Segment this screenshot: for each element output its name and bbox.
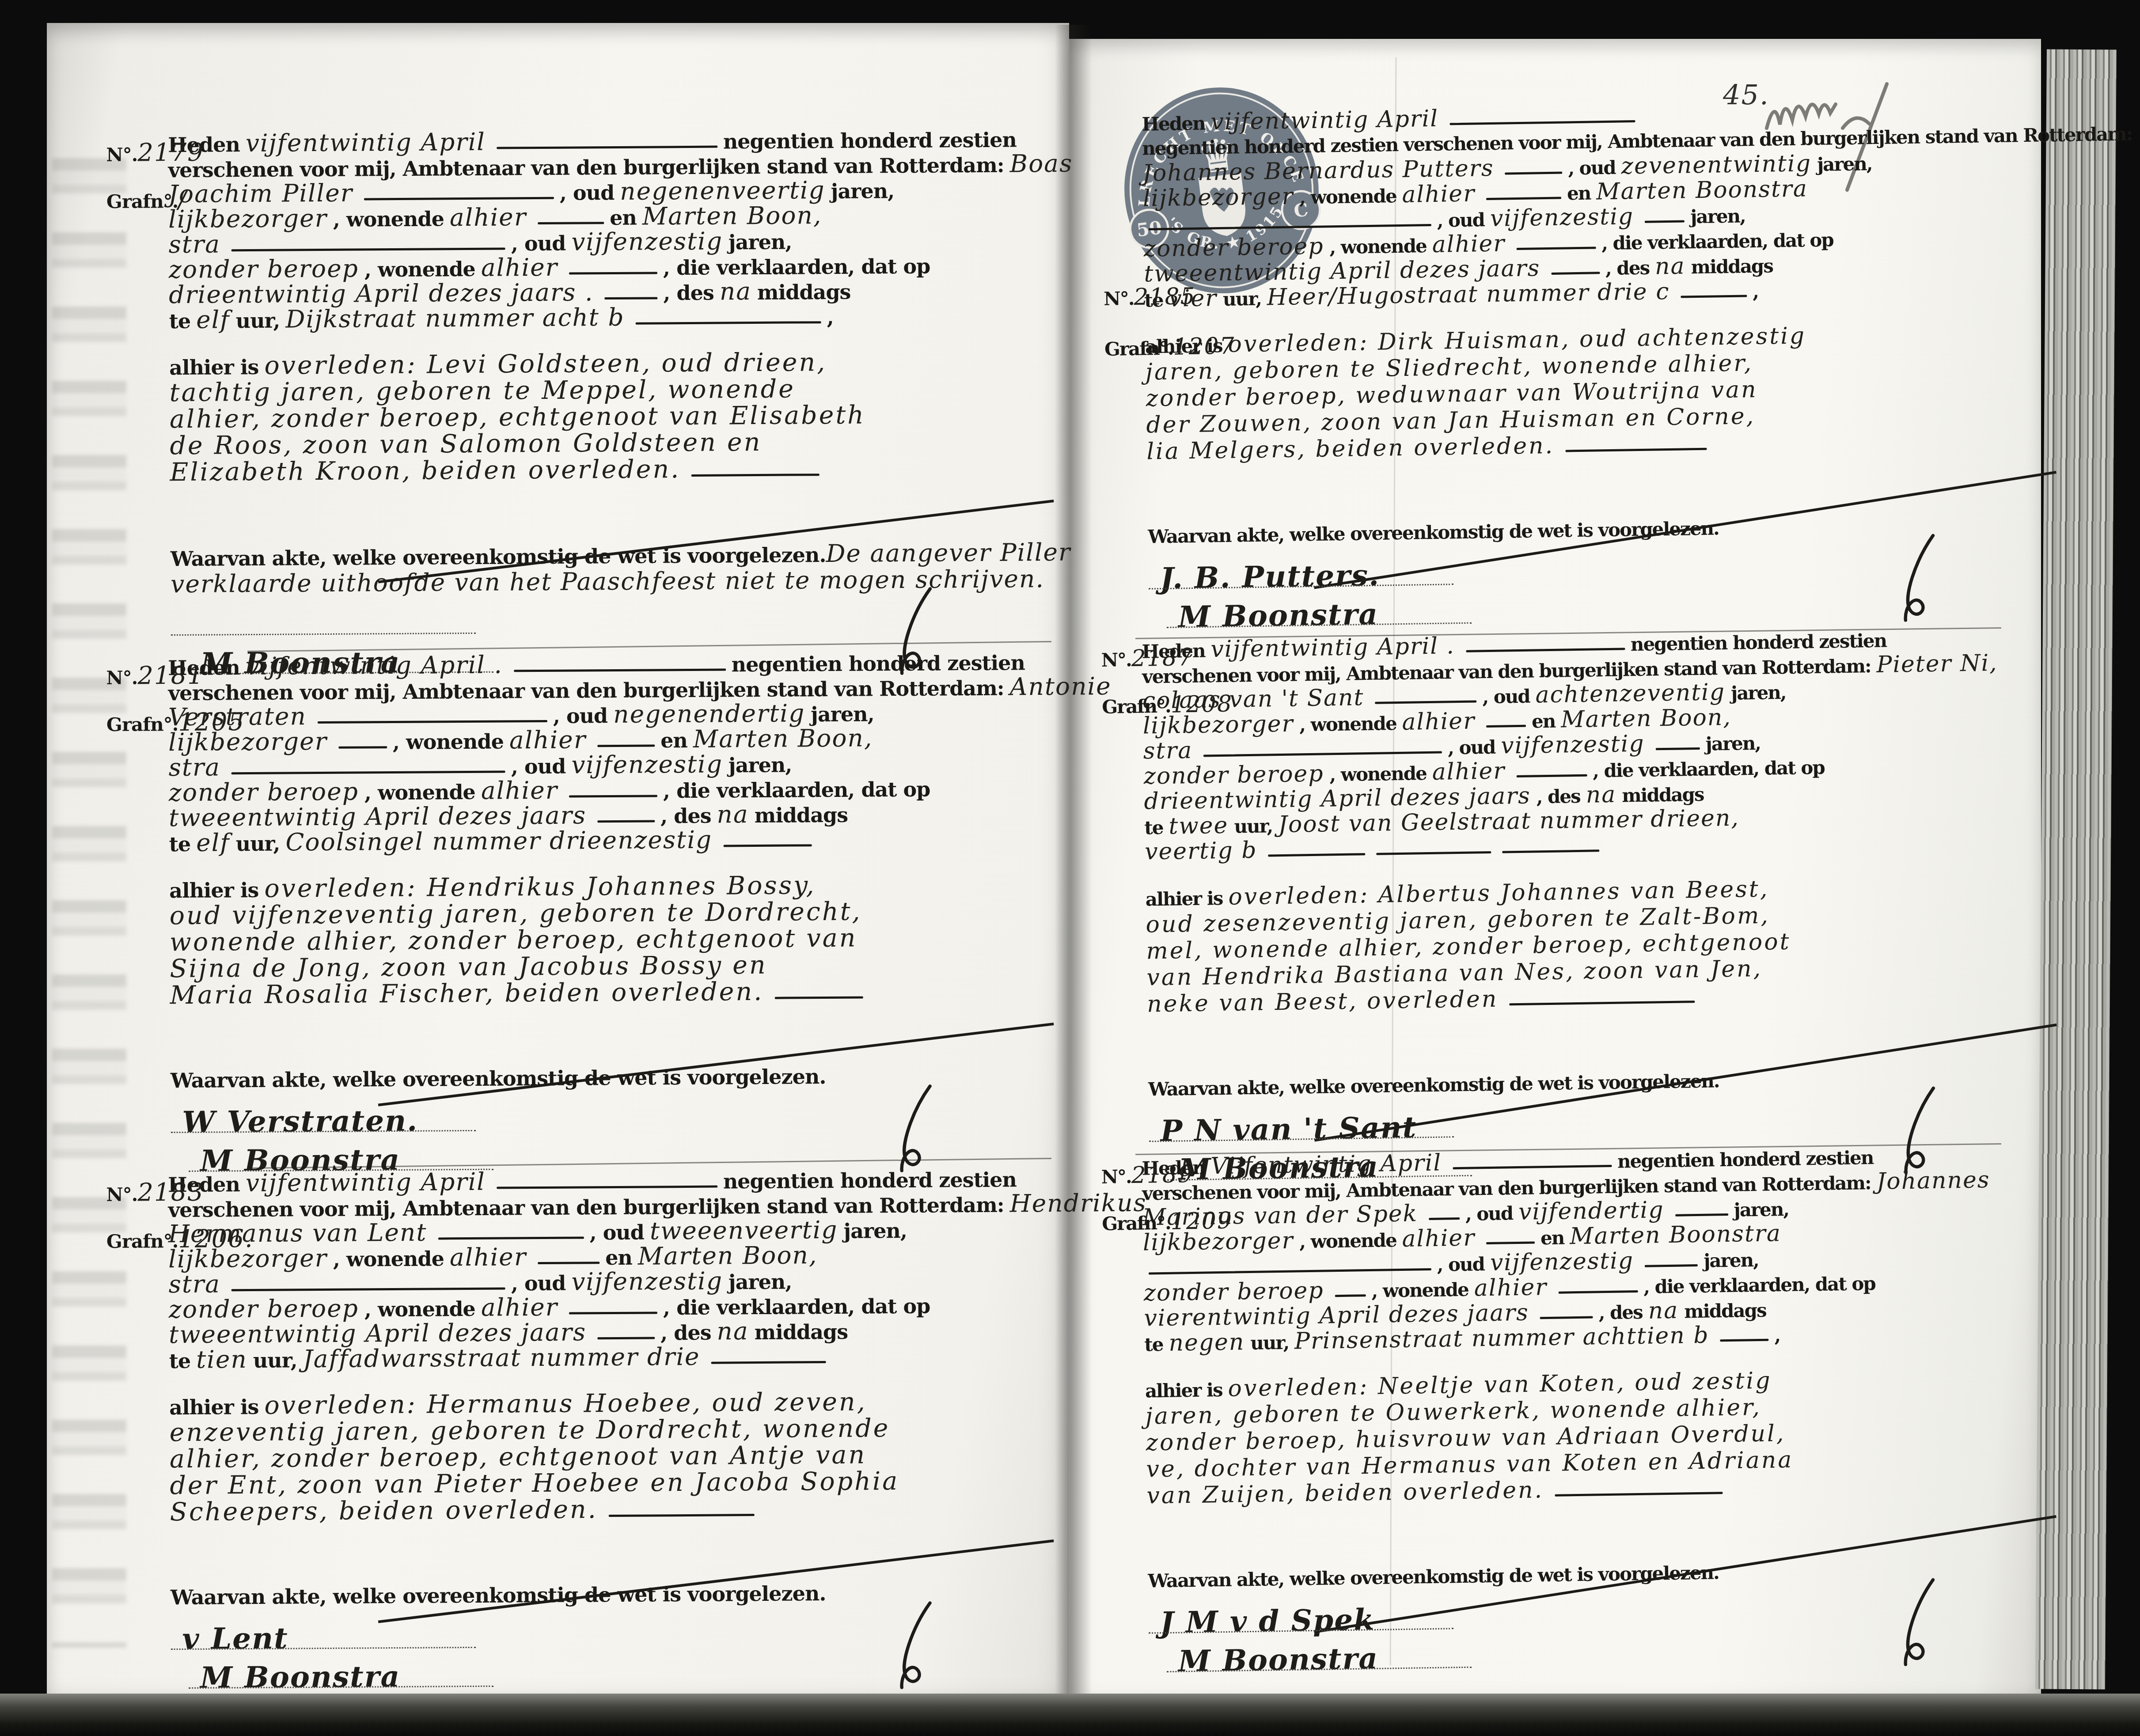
handwritten-text: vijfentwintig April . — [246, 651, 503, 681]
printed-text: jaren, — [811, 702, 874, 726]
printed-text: middags — [1622, 784, 1704, 807]
death-record: N°.2181Grafn°.1205Hedenvijfentwintig Apr… — [106, 649, 1059, 1190]
printed-text: , die verklaarden, dat op — [663, 777, 930, 803]
handwritten-text: alhier — [1402, 1224, 1475, 1252]
record-number: N°.2189 — [1101, 1161, 1193, 1189]
grave-number-value: 1206. — [178, 1224, 254, 1254]
printed-text: , des — [1598, 1301, 1643, 1323]
printed-text: , die verklaarden, dat op — [663, 1294, 930, 1320]
fill-rule — [597, 820, 655, 823]
death-paragraph: alhier isoverleden: Levi Goldsteen, oud … — [169, 348, 1058, 485]
record-number-value: 2179 — [137, 138, 204, 167]
printed-text: , oud — [1465, 1202, 1513, 1225]
fill-rule — [636, 321, 821, 325]
fill-rule — [514, 668, 726, 672]
grave-number-label: Grafn°. — [106, 713, 178, 735]
fill-rule — [597, 1337, 655, 1339]
fill-rule — [1335, 1294, 1366, 1297]
printed-text: , oud — [1437, 209, 1484, 231]
printed-text: jaren, — [831, 179, 895, 203]
printed-text: en — [605, 1246, 632, 1270]
fill-rule — [231, 1287, 505, 1291]
printed-text: en — [660, 728, 687, 752]
fill-rule — [1429, 1217, 1460, 1220]
fill-rule — [318, 720, 547, 724]
grave-number: Grafn°.1205 — [106, 708, 245, 737]
fill-rule — [538, 1262, 600, 1264]
register-book-photo: ZEGELRECHT MET OPCENTEN 'S GR. ★ 1915 ♛ … — [0, 0, 2140, 1736]
printed-text: , wonende — [1299, 1229, 1396, 1252]
handwritten-text: Marten Boon, — [693, 724, 873, 753]
form-line: zonder beroep, wonendealhier, die verkla… — [169, 775, 1057, 805]
printed-text: Waarvan akte, welke overeenkomstig de we… — [171, 1581, 826, 1609]
printed-text: , oud — [589, 1221, 644, 1245]
fill-rule — [1149, 1268, 1431, 1274]
record-body: Hedenvijfentwintig Aprilnegentien honder… — [168, 126, 1059, 692]
fill-rule — [1375, 700, 1477, 704]
handwritten-text: vijfenzestig — [571, 1266, 723, 1296]
record-number-value: 2183 — [137, 1178, 204, 1207]
printed-text: alhier is — [169, 1395, 258, 1419]
fill-rule — [1720, 1339, 1769, 1342]
death-paragraph: alhier isoverleden: Dirk Huisman, oud ac… — [1145, 319, 2060, 465]
grave-number-value: 1209 — [1170, 1208, 1233, 1235]
handwritten-text: Antonie — [1010, 672, 1112, 701]
record-number-label: N°. — [106, 144, 137, 166]
handwritten-text: Marten Boon, — [1561, 704, 1731, 733]
handwritten-text: alhier — [1432, 230, 1505, 258]
grave-number-label: Grafn°. — [1102, 695, 1171, 718]
printed-text: uur, — [1234, 815, 1272, 837]
handwritten-text: Pieter Ni, — [1876, 650, 1998, 678]
record-number-label: N°. — [106, 1184, 137, 1205]
printed-text: uur, — [1250, 1332, 1289, 1354]
record-number-value: 2187 — [1131, 644, 1193, 672]
declarant-signature-row: W Verstraten. — [171, 1097, 171, 1135]
fill-rule — [1453, 1165, 1612, 1169]
witness-signature: M Boonstra — [200, 1659, 400, 1695]
fill-rule — [711, 1361, 826, 1364]
fill-rule — [1486, 1241, 1535, 1244]
printed-text: te — [1144, 1334, 1163, 1356]
declarant-signature-row: v Lent — [171, 1614, 171, 1652]
record-number: N°.2181 — [106, 661, 204, 690]
handwritten-text: na — [717, 1317, 749, 1345]
printed-text: , — [827, 305, 833, 329]
printed-text: negentien honderd zestien — [723, 128, 1017, 153]
form-line: verschenen voor mij, Ambtenaar van den b… — [168, 1191, 1056, 1221]
fill-rule — [1656, 747, 1700, 750]
printed-text: middags — [755, 1320, 848, 1344]
printed-text: jaren, — [1705, 732, 1761, 755]
fill-rule — [231, 770, 505, 774]
official-paraph-icon — [1880, 533, 1948, 631]
printed-text: jaren, — [1734, 1198, 1789, 1221]
fill-rule — [438, 1236, 584, 1239]
fill-rule — [1555, 1492, 1723, 1497]
death-record: N°.2187Grafn°.1208Hedenvijfentwintig Apr… — [1101, 625, 2064, 1199]
record-body: Hedenvijfentwintig Aprilnegentien honder… — [168, 1166, 1059, 1706]
official-paraph-icon — [877, 1600, 944, 1698]
printed-text: te — [169, 832, 190, 856]
handwritten-text: alhier — [481, 776, 558, 805]
record-number: N°.2187 — [1101, 644, 1193, 672]
fill-rule — [1558, 1290, 1638, 1294]
printed-text: , — [1753, 280, 1758, 302]
death-paragraph: alhier isoverleden: Neeltje van Koten, o… — [1145, 1363, 2060, 1509]
printed-text: , wonende — [1371, 1279, 1468, 1302]
printed-text: middags — [757, 280, 851, 304]
fill-rule — [1510, 1001, 1695, 1005]
handwritten-text: vijfentwintig April — [1210, 106, 1438, 136]
printed-text: , wonende — [364, 780, 475, 805]
fill-rule — [1503, 849, 1600, 853]
fill-rule — [231, 247, 505, 251]
fill-rule — [364, 197, 554, 201]
printed-text: , oud — [511, 1271, 566, 1296]
handwritten-text: vijfenzestig — [571, 750, 723, 779]
witness-signature: M Boonstra — [1178, 1641, 1378, 1679]
grave-number-value: ∕ — [178, 185, 187, 214]
printed-text: uur, — [235, 832, 280, 856]
record-body: Hedenvijfentwintig April .negentien hond… — [168, 649, 1059, 1190]
handwritten-text: De aangever Piller — [826, 538, 1071, 568]
printed-text: uur, — [253, 1348, 297, 1372]
printed-text: jaren, — [1704, 1249, 1759, 1272]
printed-text: , oud — [560, 181, 615, 205]
handwritten-text: stra — [168, 1270, 220, 1298]
handwritten-text: tien — [196, 1345, 247, 1374]
declarant-signature-row — [171, 599, 171, 637]
printed-text: , oud — [1448, 736, 1495, 759]
fill-rule — [569, 1311, 657, 1314]
printed-text: , des — [660, 1321, 711, 1345]
handwritten-text: elf — [196, 305, 230, 334]
fill-rule — [1505, 172, 1563, 175]
printed-text: , wonende — [333, 207, 444, 231]
death-record: N°.2189Grafn°.1209HedenVijfentwintig Apr… — [1101, 1141, 2063, 1691]
handwritten-text: zevenentwintig — [1621, 150, 1811, 179]
printed-text: , die verklaarden, dat op — [1593, 757, 1825, 782]
record-number-value: 2181 — [137, 661, 204, 690]
closing-strike-line — [170, 480, 1059, 544]
handwritten-text: Jaffadwarsstraat nummer drie — [303, 1342, 700, 1373]
handwritten-text: stra — [1143, 737, 1192, 765]
witness-signature-row: M Boonstra — [1166, 1636, 1167, 1674]
handwritten-text: zonder beroep — [1143, 761, 1324, 790]
grave-number: Grafn°.1206. — [106, 1224, 254, 1254]
handwritten-text: Vijfentwintig April — [1210, 1150, 1442, 1180]
printed-text: , — [1774, 1324, 1780, 1346]
fill-rule — [569, 272, 657, 274]
printed-text: en — [1540, 1227, 1564, 1249]
handwritten-text: zonder beroep — [1143, 1277, 1324, 1307]
death-paragraph: alhier isoverleden: Albertus Johannes va… — [1145, 872, 2060, 1018]
fill-rule — [774, 997, 863, 999]
handwritten-text: lijkbezorger — [168, 204, 327, 233]
fill-rule — [609, 1514, 755, 1517]
printed-text: , des — [1536, 785, 1580, 807]
handwritten-text: Coolsingel nummer drieenzestig — [285, 826, 712, 857]
handwritten-text: veertig b — [1145, 837, 1257, 865]
handwritten-text: Elizabeth Kroon, beiden overleden. — [170, 455, 681, 487]
printed-text: , des — [1605, 257, 1650, 279]
handwritten-text: vijfenzestig — [1490, 203, 1634, 232]
grave-number-label: Grafn°. — [1104, 337, 1173, 360]
printed-text: , oud — [1437, 1253, 1484, 1276]
fill-rule — [1675, 1213, 1728, 1217]
fill-rule — [597, 744, 655, 747]
printed-text: alhier is — [1145, 1379, 1222, 1402]
handwritten-text: Maria Rosalia Fischer, beiden overleden. — [170, 977, 764, 1010]
printed-text: jaren, — [1817, 153, 1872, 175]
record-number-value: 2185 — [1134, 283, 1196, 311]
record-body: HedenVijfentwintig Aprilnegentien honder… — [1142, 1141, 2063, 1691]
printed-text: negentien honderd zestien — [723, 1167, 1017, 1193]
grave-number-value: 1207 — [1173, 333, 1235, 360]
printed-text: Waarvan akte, welke overeenkomstig de we… — [171, 1065, 826, 1092]
printed-text: uur, — [235, 309, 280, 333]
printed-text: jaren, — [729, 753, 792, 777]
printed-text: middags — [1691, 255, 1773, 278]
record-body: Hedenvijfentwintig April .negentien hond… — [1142, 625, 2064, 1199]
handwritten-text: na — [720, 277, 752, 305]
witness-signature-row: M Boonstra — [189, 1653, 189, 1691]
printed-text: , oud — [511, 231, 566, 256]
printed-text: , die verklaarden, dat op — [663, 254, 930, 280]
fill-rule — [1681, 295, 1747, 298]
printed-text: alhier is — [169, 878, 258, 902]
printed-text: , oud — [511, 754, 566, 779]
record-number-label: N°. — [1101, 1166, 1131, 1188]
handwritten-text: lijkbezorger — [1142, 183, 1294, 212]
signature-block: v LentM Boonstra — [171, 1608, 1059, 1706]
closing-strike-line — [170, 1520, 1059, 1584]
handwritten-text: elf — [196, 828, 230, 857]
handwritten-text: vijfenzestig — [1490, 1247, 1634, 1276]
form-line: zonder beroep, wonendealhier, die verkla… — [169, 1292, 1057, 1322]
form-line: zonder beroep, wonendealhier, die verkla… — [169, 252, 1057, 282]
handwritten-text: na — [1586, 781, 1616, 808]
handwritten-text: Marten Boon, — [642, 201, 822, 230]
record-number: N°.2185 — [1104, 283, 1196, 311]
printed-text: , wonende — [1299, 185, 1396, 208]
form-line: verschenen voor mij, Ambtenaar van den b… — [168, 151, 1056, 182]
printed-text: , wonende — [1329, 235, 1427, 258]
book-spine-shadow — [1055, 25, 1092, 1694]
printed-text: jaren, — [729, 230, 792, 254]
declarant-signature: v Lent — [182, 1621, 288, 1656]
handwritten-text: Scheepers, beiden overleden. — [170, 1495, 598, 1527]
grave-number: Grafn°.1208 — [1102, 691, 1233, 719]
official-paraph-icon — [1880, 1577, 1948, 1675]
fill-rule — [538, 222, 604, 224]
closing-strike-line — [170, 1003, 1059, 1067]
printed-text: negentien honderd zestien — [1617, 1147, 1874, 1172]
fill-rule — [1486, 197, 1561, 201]
handwritten-text: Marten Boon, — [638, 1241, 818, 1270]
signature-block: J M v d SpekM Boonstra — [1148, 1584, 2063, 1691]
handwritten-text: alhier — [481, 1293, 558, 1322]
grave-number-label: Grafn°. — [1102, 1212, 1171, 1235]
printed-text: Heden — [1142, 113, 1205, 135]
witness-signature: M Boonstra — [1178, 597, 1378, 634]
fill-rule — [691, 474, 820, 477]
fill-rule — [1645, 220, 1685, 223]
printed-text: te — [169, 309, 190, 333]
printed-text: alhier is — [169, 355, 258, 379]
handwritten-text: alhier — [1402, 180, 1475, 208]
handwritten-text: na — [1648, 1297, 1678, 1324]
fill-rule — [1516, 774, 1587, 777]
printed-text: , wonende — [364, 1297, 475, 1322]
fill-rule — [1645, 1264, 1698, 1267]
fill-rule — [497, 146, 717, 149]
death-paragraph: alhier isoverleden: Hermanus Hoebee, oud… — [169, 1387, 1058, 1525]
declarant-signature-row: J. B. Putters. — [1148, 553, 1149, 591]
handwritten-text: na — [1655, 253, 1685, 280]
printed-text: alhier is — [1145, 887, 1222, 910]
printed-text: , oud — [553, 704, 608, 728]
handwritten-text: zonder beroep — [1143, 233, 1324, 262]
handwritten-text: stra — [168, 753, 220, 781]
fill-rule — [569, 795, 657, 797]
record-body: Hedenvijfentwintig Aprilnegentien honder… — [1142, 97, 2063, 646]
handwritten-text: alhier — [481, 253, 558, 282]
printed-text: , wonende — [393, 730, 504, 754]
printed-text: , die verklaarden, dat op — [1643, 1273, 1875, 1298]
handwritten-text: vijfentwintig April . — [1210, 633, 1455, 663]
record-number: N°.2183 — [106, 1178, 204, 1207]
handwritten-text: achtenzeventig — [1535, 679, 1725, 708]
witness-signature-row: M Boonstra — [1166, 592, 1167, 630]
death-record: N°.2179Grafn°.∕Hedenvijfentwintig Apriln… — [106, 126, 1059, 693]
fill-rule — [723, 844, 812, 847]
handwritten-text: alhier — [509, 725, 587, 754]
printed-text: , die verklaarden, dat op — [1601, 229, 1833, 254]
record-number-value: 2189 — [1131, 1161, 1193, 1189]
printed-text: middags — [1684, 1300, 1766, 1323]
grave-number: Grafn°.∕ — [106, 185, 188, 214]
declarant-signature: W Verstraten. — [182, 1103, 418, 1139]
handwritten-text: Marten Boonstra — [1570, 1220, 1781, 1250]
printed-text: negentien honderd zestien — [1631, 630, 1887, 656]
fill-rule — [1486, 725, 1526, 728]
fill-rule — [1551, 272, 1600, 275]
printed-text: , wonende — [364, 257, 475, 282]
handwritten-text: vijfentwintig April — [246, 1167, 486, 1197]
fill-rule — [1540, 1316, 1593, 1319]
printed-text: te — [169, 1349, 190, 1373]
printed-text: negentien honderd zestien — [732, 651, 1025, 676]
printed-text: en — [1567, 182, 1591, 205]
declarant-signature-row: P N van 't Sant — [1149, 1106, 1149, 1144]
printed-text: , des — [660, 804, 711, 828]
printed-text: , oud — [1482, 686, 1530, 708]
handwritten-text: na — [717, 800, 749, 828]
declarant-signature: P N van 't Sant — [1160, 1110, 1417, 1148]
form-line: verschenen voor mij, Ambtenaar van den b… — [168, 674, 1056, 705]
handwritten-text: Johannes — [1876, 1167, 1990, 1195]
grave-number-label: Grafn°. — [106, 1230, 178, 1252]
printed-text: en — [1532, 710, 1556, 732]
fill-rule — [605, 297, 658, 299]
handwritten-text: Boas — [1010, 149, 1073, 178]
handwritten-text: Dijkstraat nummer acht b — [285, 303, 625, 334]
printed-text: uur, — [1223, 288, 1261, 310]
handwritten-text: vijfenzestig — [571, 227, 723, 256]
fill-rule — [1203, 751, 1442, 757]
printed-text: middags — [755, 803, 848, 827]
record-number: N°.2179 — [106, 138, 204, 167]
printed-text: , des — [663, 281, 714, 305]
handwritten-text: stra — [168, 230, 220, 258]
fill-rule — [1377, 851, 1491, 855]
fill-rule — [1466, 648, 1625, 652]
printed-text: te — [1144, 817, 1163, 839]
declarant-signature-row: J M v d Spek — [1148, 1598, 1149, 1636]
fill-rule — [1449, 120, 1635, 125]
record-number-label: N°. — [106, 667, 137, 689]
handwritten-text: negen — [1169, 1329, 1245, 1357]
record-number-label: N°. — [1101, 649, 1131, 671]
printed-text: jaren, — [843, 1219, 907, 1243]
printed-text: jaren, — [1731, 682, 1786, 704]
grave-number: Grafn°.1207 — [1104, 333, 1236, 361]
handwritten-text: alhier — [450, 203, 527, 231]
printed-text: , wonende — [1329, 762, 1427, 785]
fill-rule — [1149, 224, 1431, 230]
fill-rule — [1565, 448, 1707, 452]
handwritten-text: vijfenzestig — [1501, 731, 1645, 759]
declarant-signature: J. B. Putters. — [1160, 558, 1380, 595]
fill-rule — [497, 1186, 717, 1189]
handwritten-text: alhier — [1402, 708, 1475, 735]
printed-text: , oud — [1568, 157, 1616, 179]
death-record: N°.2185Grafn°.1207Hedenvijfentwintig Apr… — [1101, 97, 2063, 647]
fill-rule — [338, 746, 387, 749]
handwritten-text: Marten Boonstra — [1596, 175, 1808, 205]
grave-number-label: Grafn°. — [106, 190, 178, 212]
handwritten-text: alhier — [450, 1243, 527, 1271]
death-paragraph: alhier isoverleden: Hendrikus Johannes B… — [169, 871, 1058, 1008]
handwritten-text: vijfentwintig April — [246, 128, 486, 157]
handwritten-text: alhier — [1432, 758, 1505, 785]
printed-text: , wonende — [1299, 713, 1396, 735]
handwritten-text: alhier — [1474, 1274, 1547, 1301]
printed-text: jaren, — [1690, 205, 1745, 227]
printed-text: en — [610, 206, 637, 230]
death-record: N°.2183Grafn°.1206.Hedenvijfentwintig Ap… — [106, 1166, 1059, 1707]
fill-rule — [1516, 246, 1596, 250]
handwritten-text: twee — [1169, 812, 1229, 840]
handwritten-text: vijfendertig — [1518, 1197, 1664, 1225]
witness-signature-row: M Boonstra — [189, 1136, 189, 1174]
record-number-label: N°. — [1104, 288, 1134, 310]
fill-rule — [1268, 853, 1366, 857]
grave-number: Grafn°.1209 — [1102, 1208, 1233, 1236]
grave-number-value: 1205 — [178, 708, 245, 737]
printed-text: , wonende — [333, 1247, 444, 1271]
grave-number-value: 1208 — [1170, 691, 1233, 718]
printed-text: jaren, — [729, 1270, 792, 1294]
declarant-signature: J M v d Spek — [1160, 1602, 1375, 1640]
